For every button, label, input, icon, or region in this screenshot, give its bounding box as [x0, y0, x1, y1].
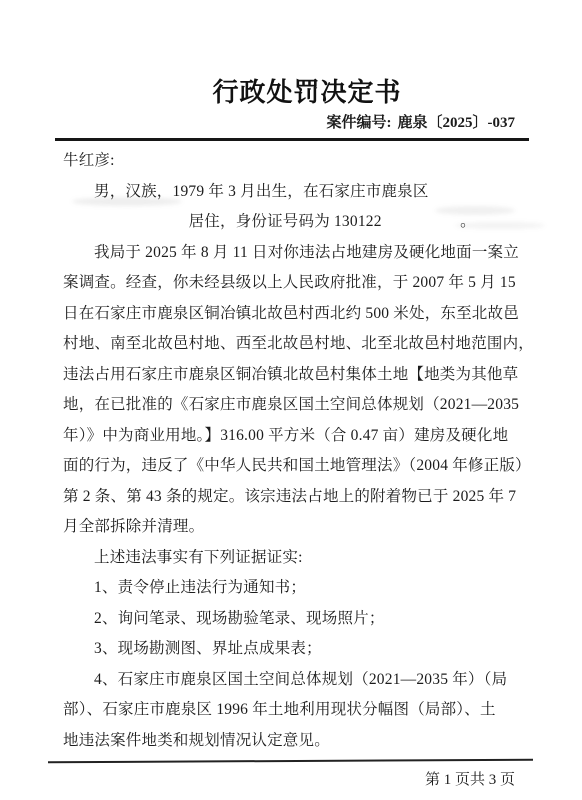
body-line-evidence-4: 4、石家庄市鹿泉区国土空间总体规划（2021—2035 年）（局 [63, 665, 535, 696]
document-body: 牛红彦: 男，汉族，1979 年 3 月出生，在石家庄市鹿泉区 居住，身份证号码… [63, 146, 535, 756]
body-line: 年）》中为商业用地。】316.00 平方米（合 0.47 亩）建房及硬化地 [63, 421, 535, 452]
case-number-line: 案件编号:鹿泉〔2025〕-037 [327, 111, 516, 132]
body-line: 地违法案件地类和规划情况认定意见。 [63, 726, 535, 757]
page-number: 第 1 页共 3 页 [425, 768, 515, 789]
body-line: 面的行为，违反了《中华人民共和国土地管理法》（2004 年修正版） [63, 451, 535, 482]
body-line: 我局于 2025 年 8 月 11 日对你违法占地建房及硬化地面一案立 [63, 238, 535, 269]
body-line-id-number: 居住，身份证号码为 130122 。 [63, 207, 535, 238]
body-line: 第 2 条、第 43 条的规定。该宗违法占地上的附着物已于 2025 年 7 [63, 482, 535, 513]
document-page: 行政处罚决定书 案件编号:鹿泉〔2025〕-037 牛红彦: 男，汉族，1979… [0, 0, 582, 800]
footer-divider [48, 759, 533, 764]
body-line: 村地、南至北故邑村地、西至北故邑村地、北至北故邑村地范围内， [63, 329, 535, 360]
body-line-evidence-intro: 上述违法事实有下列证据证实: [63, 543, 535, 574]
body-line-recipient: 牛红彦: [63, 146, 535, 177]
body-line-evidence-3: 3、现场勘测图、界址点成果表； [63, 634, 535, 665]
body-line: 月全部拆除并清理。 [63, 512, 535, 543]
case-number-value: 鹿泉〔2025〕-037 [398, 115, 516, 131]
body-line-evidence-1: 1、责令停止违法行为通知书； [63, 573, 535, 604]
document-title: 行政处罚决定书 [16, 72, 582, 109]
body-line: 违法占用石家庄市鹿泉区铜冶镇北故邑村集体土地【地类为其他草 [63, 360, 535, 391]
case-number-label: 案件编号: [327, 115, 392, 131]
body-line: 地，在已批准的《石家庄市鹿泉区国土空间总体规划（2021—2035 [63, 390, 535, 421]
body-line: 案调查。经查，你未经县级以上人民政府批准，于 2007 年 5 月 15 [63, 268, 535, 299]
body-line-evidence-2: 2、询问笔录、现场勘验笔录、现场照片； [63, 604, 535, 635]
body-line: 部）、石家庄市鹿泉区 1996 年土地利用现状分幅图（局部）、土 [63, 695, 535, 726]
body-line-gender: 男，汉族，1979 年 3 月出生，在石家庄市鹿泉区 [63, 177, 535, 208]
header-divider [55, 138, 529, 141]
body-line: 日在石家庄市鹿泉区铜冶镇北故邑村西北约 500 米处，东至北故邑 [63, 299, 535, 330]
